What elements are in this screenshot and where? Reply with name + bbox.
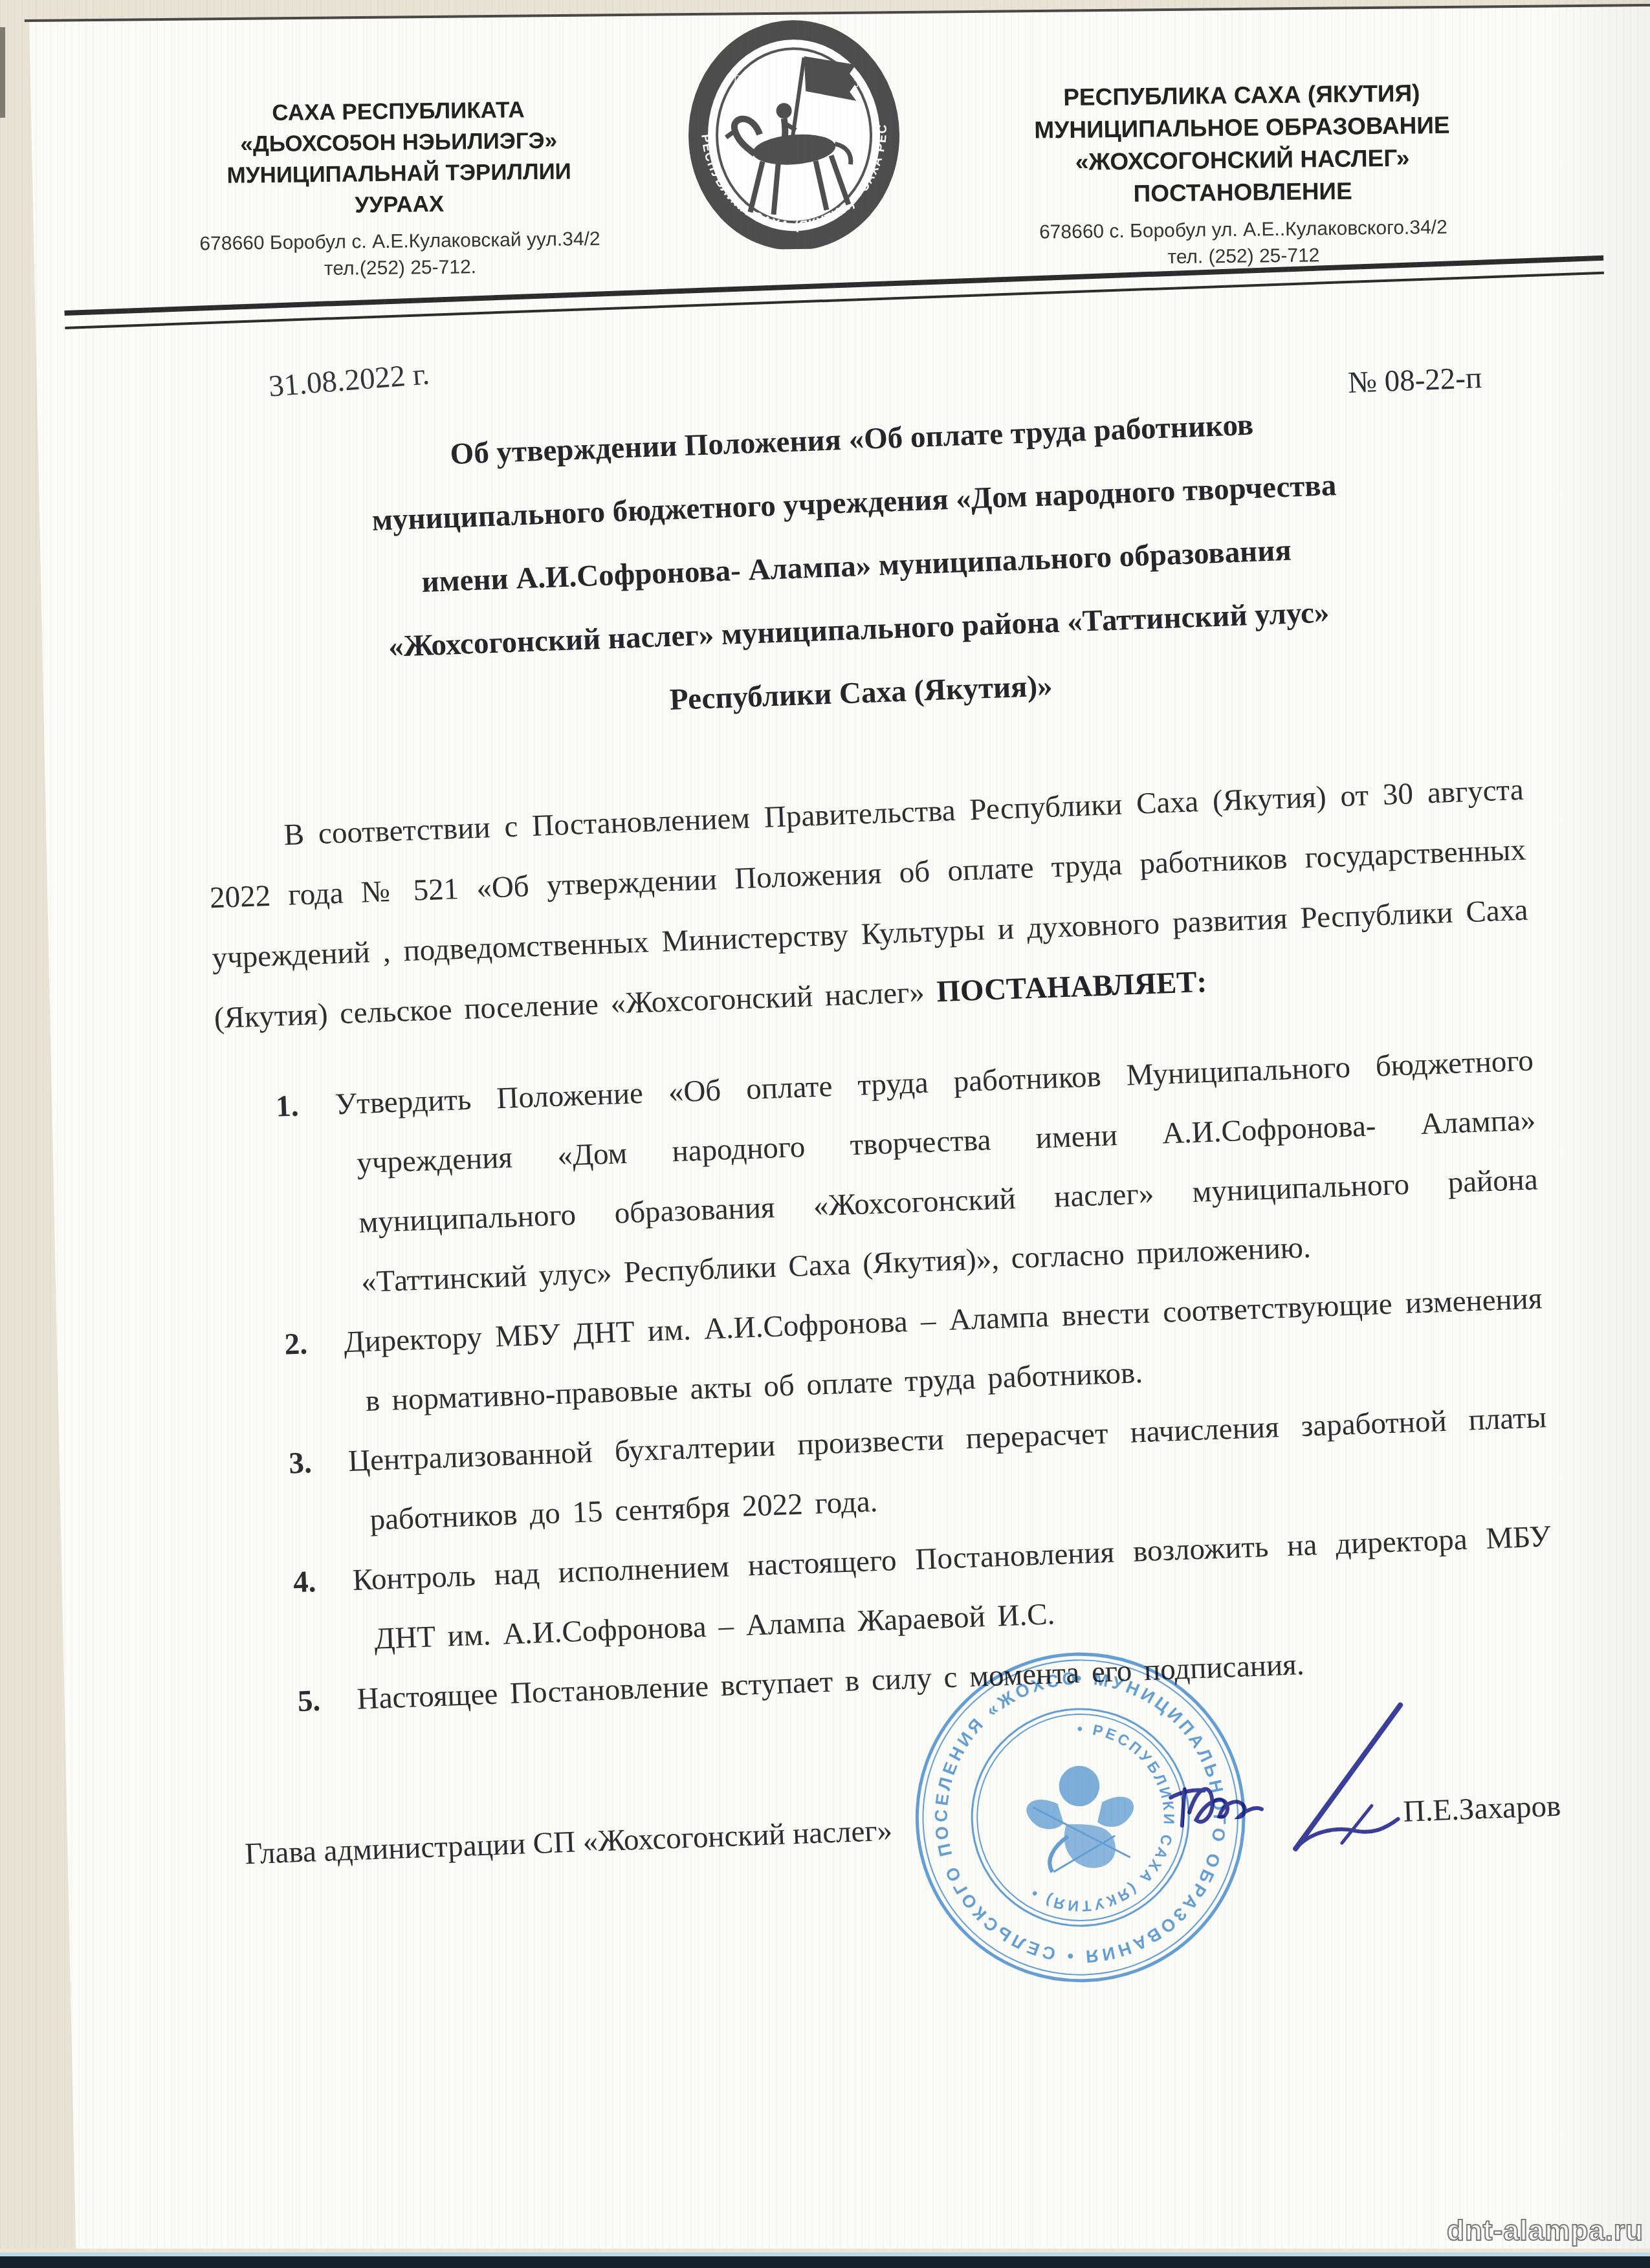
document-body: Об утверждении Положения «Об оплате труд… (0, 378, 1650, 1879)
doc-title: Об утверждении Положения «Об оплате труд… (193, 384, 1521, 748)
letterhead-right-russian: РЕСПУБЛИКА САХА (ЯКУТИЯ) МУНИЦИПАЛЬНОЕ О… (904, 65, 1581, 274)
item-text: Утвердить Положение «Об оплате труда раб… (335, 1044, 1538, 1300)
coat-of-arms-icon: РЕСПУБЛИКА САХА (ЯКУТИЯ) · САХА РЕСПУБЛИ… (686, 15, 902, 254)
letterhead: САХА РЕСПУБЛИКАТА «ДЬОХСО5ОН НЭЬИЛИЭГЭ» … (113, 65, 1581, 285)
list-item: 1.Утвердить Положение «Об оплате труда р… (216, 1031, 1541, 1317)
site-watermark: dnt-alampa.ru (1447, 2215, 1644, 2247)
item-number: 2. (283, 1313, 345, 1374)
bottom-edge-navy (0, 2256, 1650, 2268)
scan-artifact (0, 27, 5, 118)
preamble-paragraph: В соответствии с Постановлением Правител… (206, 760, 1531, 1049)
letterhead-left-sakha: САХА РЕСПУБЛИКАТА «ДЬОХСО5ОН НЭЬИЛИЭГЭ» … (113, 76, 685, 285)
handwritten-signature (1143, 1689, 1454, 1894)
decree-word: ПОСТАНАВЛЯЕТ: (936, 965, 1208, 1009)
preamble-text: В соответствии с Постановлением Правител… (209, 773, 1528, 1035)
decree-items: 1.Утвердить Положение «Об оплате труда р… (216, 1031, 1556, 1734)
item-number: 5. (296, 1670, 358, 1731)
org-name-line: УУРААХ (115, 186, 685, 224)
scanned-document-page: САХА РЕСПУБЛИКАТА «ДЬОХСО5ОН НЭЬИЛИЭГЭ» … (0, 0, 1650, 2268)
item-number: 4. (292, 1551, 353, 1612)
item-number: 3. (288, 1432, 349, 1493)
item-number: 1. (274, 1074, 336, 1136)
stamp-center-emblem (1025, 1764, 1136, 1873)
